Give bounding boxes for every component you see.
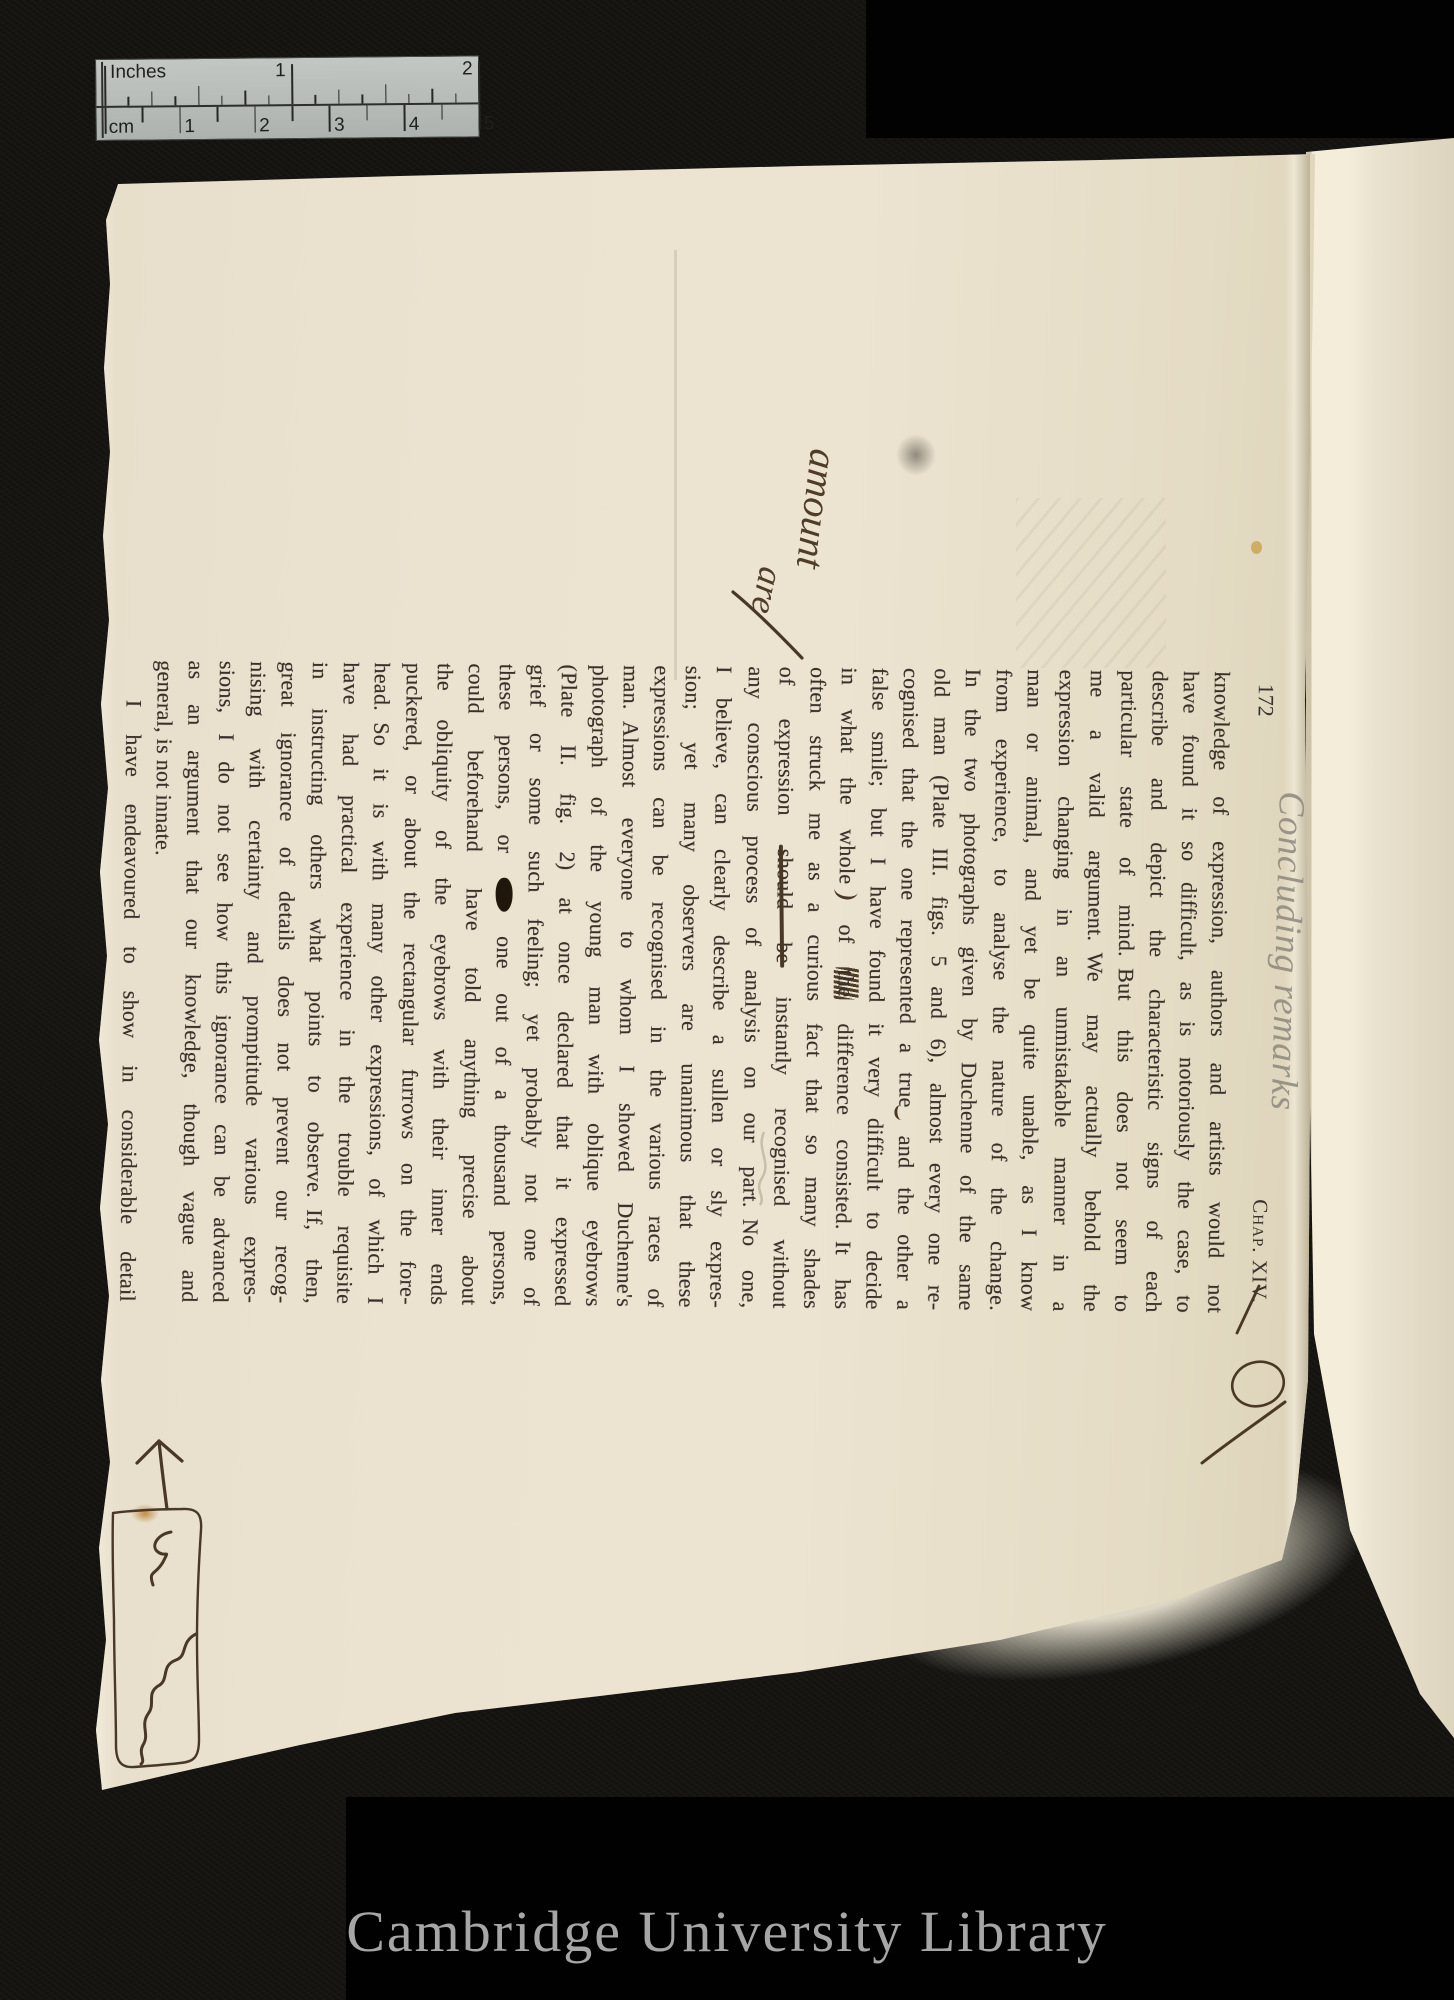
- margin-note-are: are: [743, 564, 792, 618]
- cm-numeral: 4: [409, 115, 420, 135]
- surface-smudge: [1016, 498, 1166, 668]
- running-head: Chap. XIV.: [1239, 1199, 1280, 1304]
- scale-tick: [478, 62, 480, 102]
- page-number: 172: [1246, 684, 1286, 717]
- inch-numeral: 2: [462, 59, 473, 79]
- scale-tick: [385, 84, 387, 103]
- photograph-stage: 172 Chap. XIV. knowledge of expression, …: [0, 0, 1454, 2000]
- body-text: knowledge of expression, authors and art…: [112, 660, 1238, 1314]
- scale-tick: [221, 96, 223, 105]
- scale-ticks: 1212345: [96, 56, 478, 60]
- printed-text-block: 172 Chap. XIV. knowledge of expression, …: [113, 660, 1292, 1314]
- scale-tick: [179, 107, 181, 133]
- cm-label: cm: [109, 118, 135, 138]
- scale-tick: [245, 91, 247, 105]
- scale-tick: [404, 105, 406, 131]
- scale-tick: [174, 96, 176, 105]
- torn-edge-highlight: [94, 180, 116, 1792]
- tie-correction-mark: [894, 1104, 908, 1120]
- scale-tick: [329, 106, 331, 132]
- scale-tick: [291, 64, 293, 104]
- scale-tick: [478, 104, 480, 130]
- scale-tick: [338, 90, 340, 104]
- scale-tick: [151, 91, 153, 105]
- scale-tick: [128, 97, 130, 106]
- scale-tick: [366, 105, 368, 120]
- foxing-fleck: [1251, 541, 1262, 554]
- inches-label: Inches: [110, 62, 166, 83]
- scale-tick: [432, 89, 434, 103]
- scale-tick: [217, 107, 219, 122]
- scale-tick: [455, 94, 457, 103]
- foxing-stain: [131, 1504, 159, 1523]
- ink-blotted-word: [495, 878, 513, 912]
- proof-sheet: 172 Chap. XIV. knowledge of expression, …: [0, 0, 1454, 2000]
- cm-numeral: 3: [334, 116, 345, 136]
- margin-note-amount: amount: [788, 447, 846, 571]
- insertion-caret-mark: [833, 884, 859, 901]
- inch-numeral: 1: [275, 61, 286, 81]
- scale-tick: [315, 95, 317, 104]
- scale-tick: [104, 66, 106, 106]
- measuring-scale: Inches cm 1212345: [95, 55, 480, 141]
- backdrop-corner: [866, 0, 1454, 138]
- cm-numeral: 5: [484, 114, 495, 134]
- hatched-out-word: the: [833, 967, 858, 999]
- scale-tick: [441, 105, 443, 120]
- scale-divider-line: [96, 102, 478, 108]
- cm-numeral: 1: [184, 117, 195, 137]
- scale-tick: [291, 106, 293, 121]
- scale-tick: [142, 108, 144, 123]
- scale-tick: [268, 95, 270, 104]
- ink-smudge: [896, 434, 936, 476]
- struck-out-words: should be: [772, 849, 798, 964]
- pencil-title-annotation: Concluding remarks: [1260, 791, 1314, 1112]
- library-credit: Cambridge University Library: [346, 1898, 1108, 1965]
- scale-tick: [361, 94, 363, 103]
- scale-tick: [408, 94, 410, 103]
- paper-crease: [674, 250, 677, 680]
- scale-tick: [104, 108, 106, 134]
- scale-tick: [198, 86, 200, 105]
- scale-left-line: [101, 62, 103, 138]
- cm-numeral: 2: [259, 116, 270, 136]
- scale-tick: [254, 106, 256, 132]
